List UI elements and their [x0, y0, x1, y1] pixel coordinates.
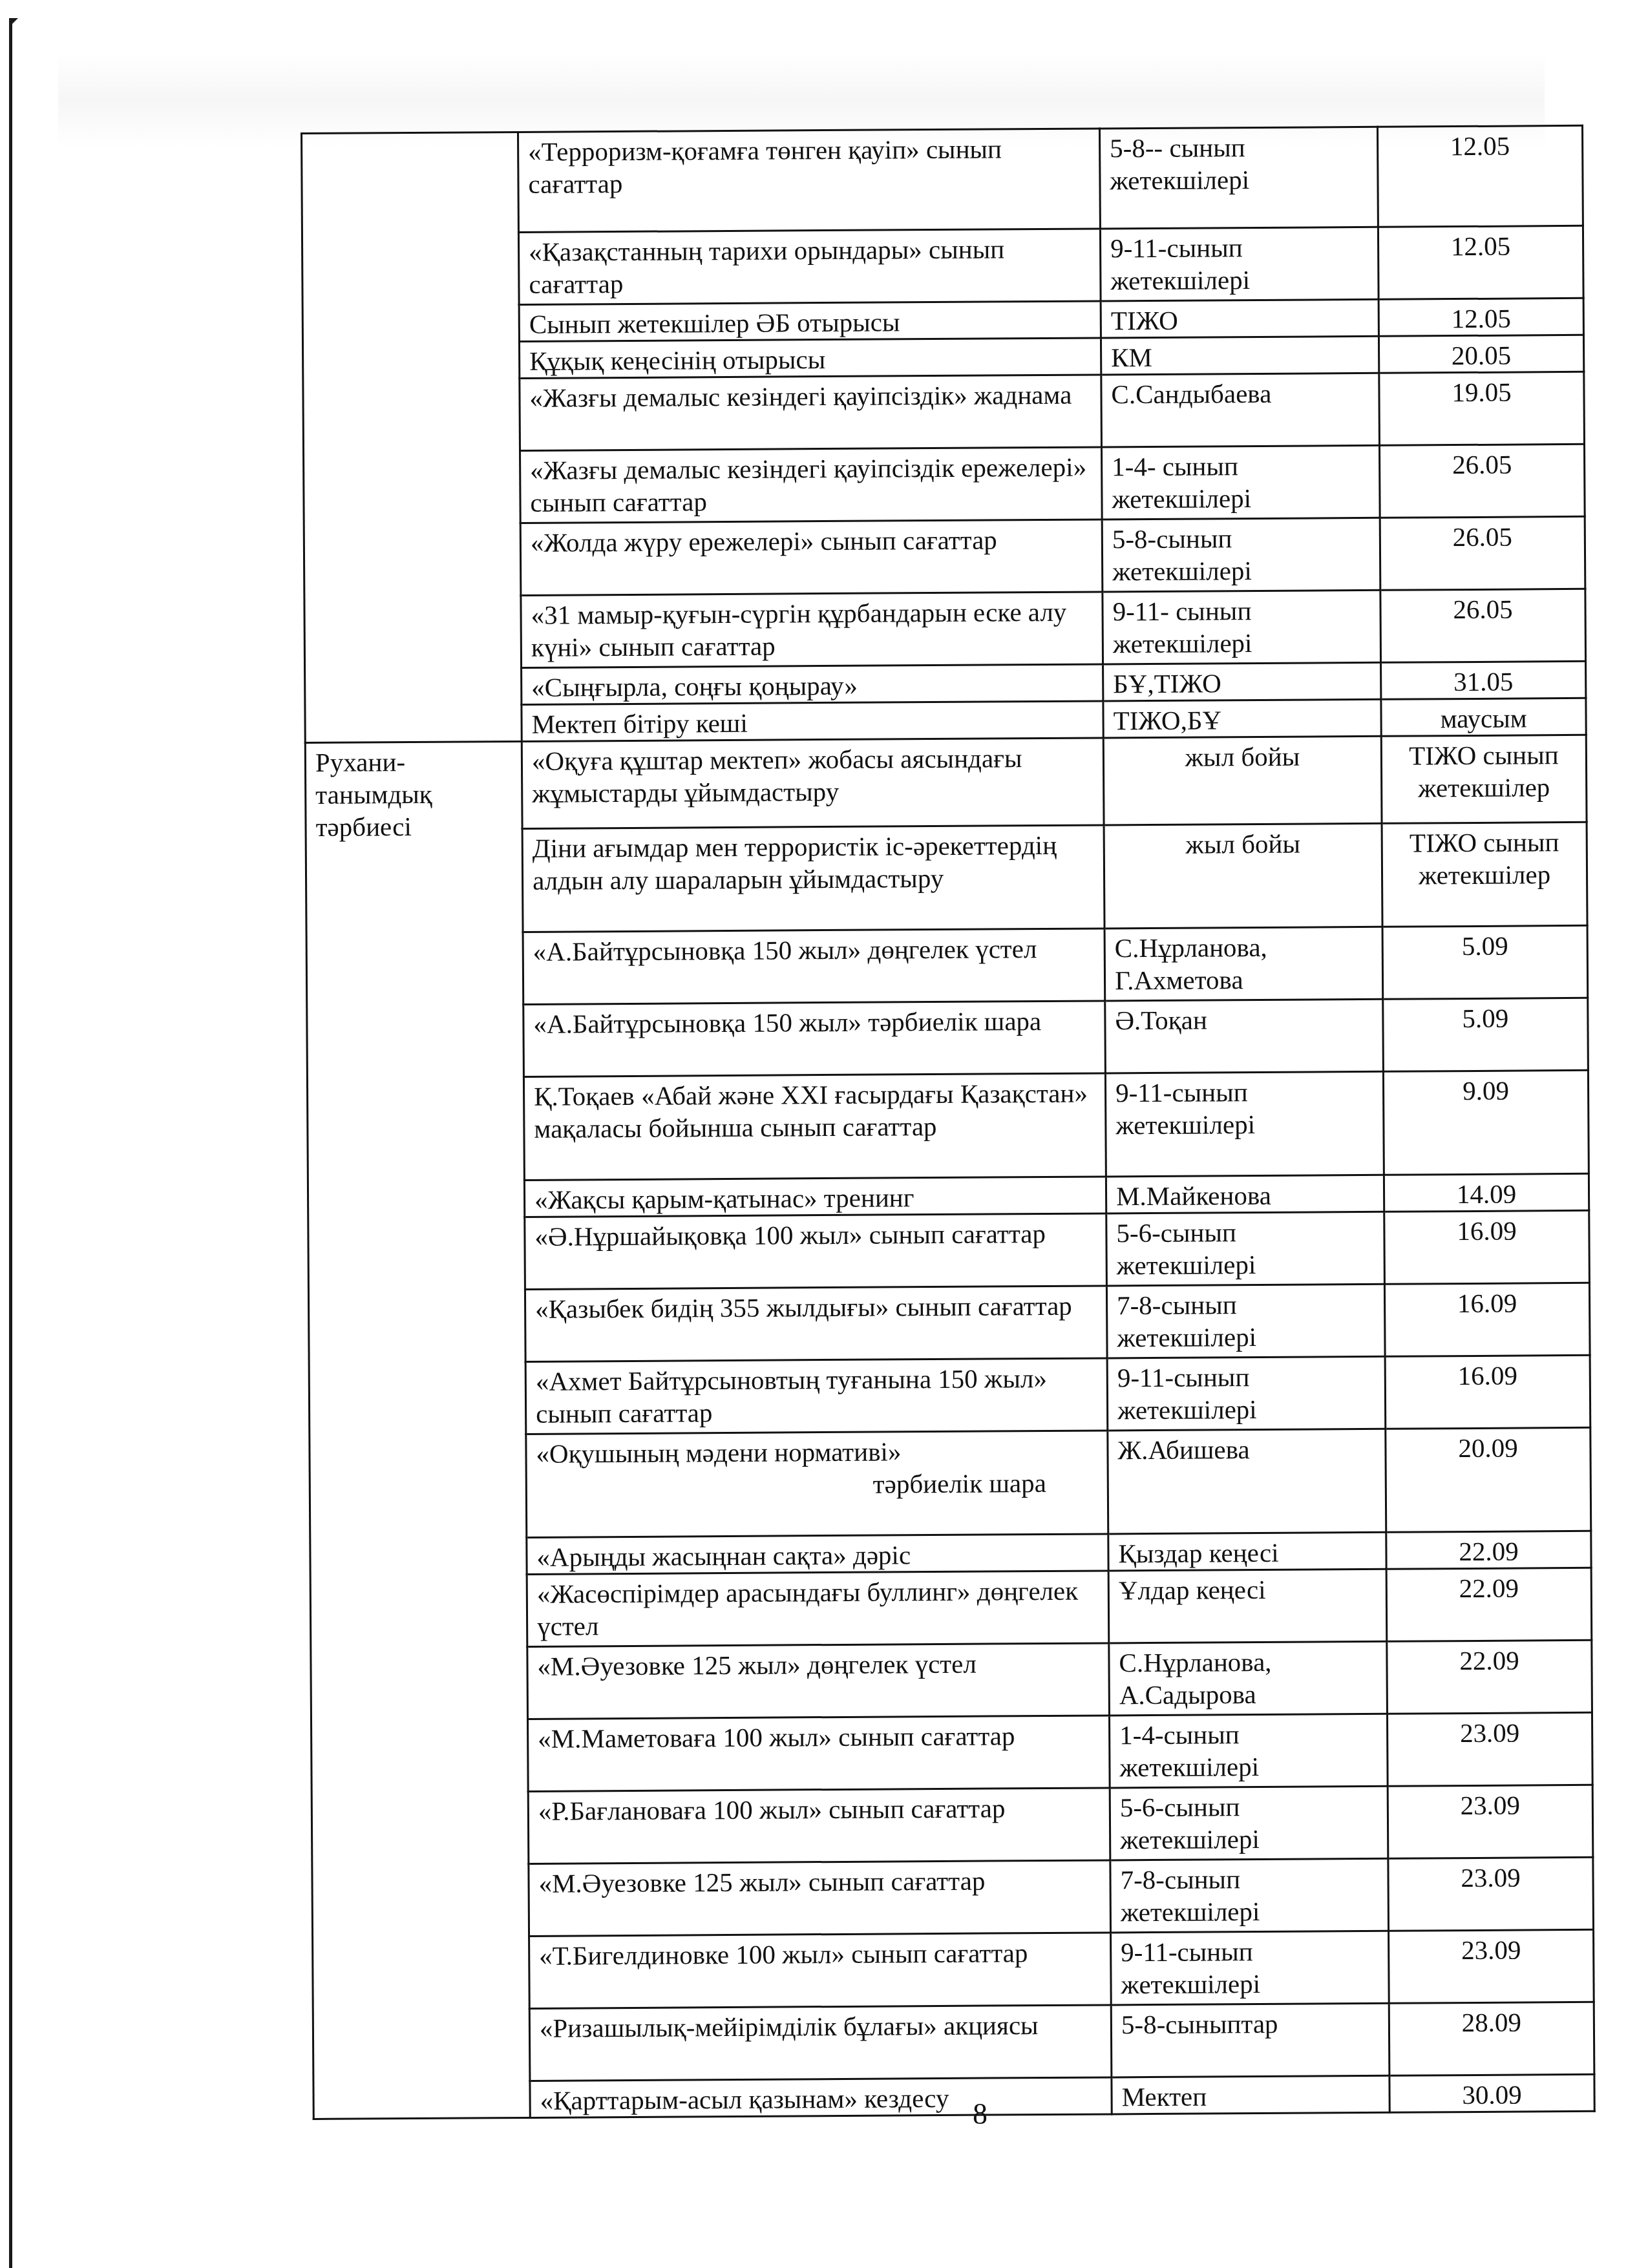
date-cell: 26.05: [1380, 589, 1586, 662]
date-cell: 23.09: [1387, 1712, 1592, 1786]
responsible-cell: М.Майкенова: [1106, 1175, 1384, 1213]
scan-edge-shadow: [9, 19, 12, 2268]
event-cell: «Арыңды жасыңнан сақта» дәріс: [527, 1534, 1108, 1574]
event-text: «Қарттарым-асыл қазынам» кездесу: [540, 2083, 949, 2116]
event-text: «Терроризм-қоғамға төнген қауіп» сынып с…: [528, 134, 1002, 198]
date-cell: 5.09: [1383, 998, 1589, 1071]
responsible-cell: ТІЖО,БҰ: [1103, 699, 1381, 738]
date-cell: 26.05: [1380, 516, 1585, 590]
date-cell: 20.05: [1379, 335, 1583, 373]
date-cell: 14.09: [1384, 1173, 1589, 1212]
event-text: Құқық кеңесінің отырысы: [529, 344, 825, 376]
event-text: Қ.Тоқаев «Абай және XXI ғасырдағы Қазақс…: [534, 1078, 1088, 1144]
date-cell: 5.09: [1382, 925, 1588, 999]
date-cell: 23.09: [1389, 1929, 1594, 2003]
responsible-cell: 5-6-сынып жетекшілері: [1106, 1212, 1385, 1286]
responsible-cell: 7-8-сынып жетекшілері: [1110, 1858, 1389, 1933]
event-cell: «Терроризм-қоғамға төнген қауіп» сынып с…: [518, 129, 1101, 232]
responsible-cell: 1-4- сынып жетекшілері: [1101, 445, 1380, 520]
event-cell: «М.Әуезовке 125 жыл» сынып сағаттар: [529, 1860, 1111, 1936]
event-text: Мектеп бітіру кеші: [531, 708, 747, 739]
responsible-cell: КМ: [1101, 336, 1379, 375]
event-text-tail: тәрбиелік шара: [536, 1467, 1098, 1502]
responsible-cell: 1-4-сынып жетекшілері: [1109, 1714, 1388, 1788]
responsible-cell: БҰ,ТІЖО: [1103, 662, 1381, 701]
responsible-cell: жыл бойы: [1104, 823, 1382, 929]
date-cell: 23.09: [1388, 1857, 1594, 1931]
date-cell: 16.09: [1384, 1210, 1590, 1284]
event-cell: «Жазғы демалыс кезіндегі қауіпсіздік ере…: [520, 447, 1103, 523]
responsible-cell: Ұлдар кеңесі: [1108, 1569, 1387, 1643]
event-text: «Сыңғырла, соңғы қоңырау»: [531, 671, 858, 702]
date-cell: 12.05: [1378, 226, 1583, 299]
category-cell: Рухани-танымдық тәрбиесі: [305, 741, 530, 2119]
responsible-cell: 9-11- сынып жетекшілері: [1103, 590, 1381, 664]
event-cell: «Т.Бигелдиновке 100 жыл» сынып сағаттар: [529, 1933, 1112, 2008]
date-cell: 22.09: [1387, 1640, 1592, 1714]
responsible-cell: Ә.Тоқан: [1105, 999, 1384, 1073]
responsible-cell: 7-8-сынып жетекшілері: [1106, 1284, 1385, 1358]
event-text: «Ә.Нұршайықовқа 100 жыл» сынып сағаттар: [534, 1219, 1046, 1252]
event-cell: «Қарттарым-асыл қазынам» кездесу: [530, 2077, 1112, 2117]
event-cell: «Ризашылық-мейірімділік бұлағы» акциясы: [529, 2005, 1112, 2081]
event-text: «Ризашылық-мейірімділік бұлағы» акциясы: [540, 2010, 1039, 2043]
event-cell: «Сыңғырла, соңғы қоңырау»: [522, 664, 1103, 704]
date-cell: 20.09: [1386, 1427, 1591, 1532]
responsible-cell: С.Нұрланова, Г.Ахметова: [1104, 927, 1383, 1001]
event-cell: «М.Маметоваға 100 жыл» сынып сағаттар: [528, 1716, 1110, 1791]
date-cell: ТІЖО сынып жетекшілер: [1381, 735, 1587, 823]
event-text: «М.Әуезовке 125 жыл» дөңгелек үстел: [537, 1649, 977, 1681]
date-cell: 9.09: [1383, 1070, 1589, 1175]
event-cell: «Жақсы қарым-қатынас» тренинг: [524, 1177, 1106, 1217]
event-cell: «Оқуға құштар мектеп» жобасы аясындағы ж…: [522, 738, 1104, 828]
event-text: «Р.Бағлановаға 100 жыл» сынып сағаттар: [538, 1793, 1006, 1825]
event-cell: «М.Әуезовке 125 жыл» дөңгелек үстел: [527, 1643, 1110, 1719]
event-cell: «А.Байтұрсыновқа 150 жыл» тәрбиелік шара: [523, 1001, 1106, 1076]
event-text: «Қазақстанның тарихи орындары» сынып сағ…: [529, 234, 1004, 299]
plan-table-container: «Терроризм-қоғамға төнген қауіп» сынып с…: [301, 125, 1594, 2120]
date-cell: 22.09: [1386, 1568, 1592, 1641]
event-text: «М.Маметоваға 100 жыл» сынып сағаттар: [538, 1721, 1015, 1754]
date-cell: 19.05: [1379, 372, 1585, 445]
event-cell: Құқық кеңесінің отырысы: [519, 338, 1101, 378]
event-cell: «Оқушының мәдени нормативі»тәрбиелік шар…: [526, 1431, 1108, 1537]
responsible-cell: 9-11-сынып жетекшілері: [1105, 1071, 1384, 1177]
responsible-cell: Мектеп: [1112, 2075, 1389, 2114]
event-cell: «Жазғы демалыс кезіндегі қауіпсіздік» жа…: [520, 375, 1102, 450]
date-cell: 23.09: [1388, 1785, 1593, 1858]
date-cell: ТІЖО сынып жетекшілер: [1382, 822, 1587, 927]
event-cell: «Қазақстанның тарихи орындары» сынып сағ…: [518, 229, 1101, 304]
responsible-cell: 5-6-сынып жетекшілері: [1110, 1786, 1388, 1860]
event-text: «А.Байтұрсыновқа 150 жыл» дөңгелек үстел: [533, 934, 1037, 967]
event-cell: Діни ағымдар мен террористік іс-әрекетте…: [522, 825, 1104, 932]
date-cell: 31.05: [1381, 661, 1586, 699]
event-plan-table: «Терроризм-қоғамға төнген қауіп» сынып с…: [301, 125, 1596, 2120]
date-cell: 12.05: [1377, 125, 1583, 227]
event-text: «Т.Бигелдиновке 100 жыл» сынып сағаттар: [539, 1938, 1028, 1971]
responsible-cell: Қыздар кеңесі: [1108, 1532, 1386, 1571]
date-cell: 30.09: [1389, 2074, 1594, 2112]
event-text: «Қазыбек бидің 355 жылдығы» сынып сағатт…: [535, 1291, 1072, 1324]
event-text: «Ахмет Байтұрсыновтың туғанына 150 жыл» …: [536, 1363, 1047, 1429]
event-text: Сынып жетекшілер ӘБ отырысы: [529, 307, 900, 339]
event-text: «Оқушының мәдени нормативі»: [536, 1436, 901, 1468]
responsible-cell: С.Нұрланова, А.Садырова: [1109, 1641, 1388, 1716]
event-cell: «Жасөспірімдер арасындағы буллинг» дөңге…: [527, 1571, 1109, 1646]
date-cell: 16.09: [1385, 1355, 1590, 1429]
responsible-cell: 5-8-сынып жетекшілері: [1102, 518, 1380, 592]
responsible-cell: С.Сандыбаева: [1101, 373, 1380, 447]
responsible-cell: 9-11-сынып жетекшілері: [1111, 1931, 1389, 2005]
event-text: «31 мамыр-қуғын-сүргін құрбандарын еске …: [531, 597, 1066, 662]
responsible-cell: 5-8-- сынып жетекшілері: [1099, 127, 1378, 229]
date-cell: 22.09: [1386, 1531, 1591, 1569]
event-text: «Жасөспірімдер арасындағы буллинг» дөңге…: [537, 1576, 1079, 1641]
event-cell: «Р.Бағлановаға 100 жыл» сынып сағаттар: [528, 1788, 1110, 1864]
event-text: «Жазғы демалыс кезіндегі қауіпсіздік» жа…: [529, 380, 1072, 413]
page-number: 8: [973, 2097, 988, 2131]
event-cell: «Жолда жүру ережелері» сынып сағаттар: [520, 520, 1103, 595]
date-cell: 26.05: [1379, 444, 1585, 518]
responsible-cell: 9-11-сынып жетекшілері: [1100, 227, 1379, 301]
event-cell: Қ.Тоқаев «Абай және XXI ғасырдағы Қазақс…: [523, 1073, 1106, 1180]
date-cell: 12.05: [1379, 298, 1583, 336]
responsible-cell: 5-8-сыныптар: [1111, 2003, 1389, 2077]
date-cell: 16.09: [1384, 1283, 1590, 1356]
date-cell: маусым: [1381, 698, 1586, 736]
event-text: Діни ағымдар мен террористік іс-әрекетте…: [533, 830, 1057, 896]
category-cell: [302, 132, 522, 742]
event-cell: «Ахмет Байтұрсыновтың туғанына 150 жыл» …: [525, 1358, 1108, 1434]
event-text: «Жолда жүру ережелері» сынып сағаттар: [531, 525, 997, 557]
event-text: «М.Әуезовке 125 жыл» сынып сағаттар: [538, 1866, 985, 1898]
event-text: «Арыңды жасыңнан сақта» дәріс: [536, 1540, 911, 1572]
event-cell: Мектеп бітіру кеші: [522, 701, 1103, 741]
event-cell: «Қазыбек бидің 355 жылдығы» сынып сағатт…: [525, 1286, 1107, 1361]
table-row: «Терроризм-қоғамға төнген қауіп» сынып с…: [302, 125, 1583, 233]
event-cell: «А.Байтұрсыновқа 150 жыл» дөңгелек үстел: [523, 929, 1105, 1004]
event-text: «А.Байтұрсыновқа 150 жыл» тәрбиелік шара: [533, 1006, 1041, 1039]
responsible-cell: жыл бойы: [1103, 736, 1382, 825]
event-text: «Жазғы демалыс кезіндегі қауіпсіздік ере…: [530, 452, 1086, 518]
responsible-cell: Ж.Абишева: [1108, 1429, 1386, 1534]
date-cell: 28.09: [1389, 2002, 1594, 2075]
event-text: «Жақсы қарым-қатынас» тренинг: [534, 1182, 914, 1215]
table-row: Рухани-танымдық тәрбиесі«Оқуға құштар ме…: [305, 735, 1587, 830]
responsible-cell: ТІЖО: [1101, 299, 1379, 338]
event-cell: «31 мамыр-қуғын-сүргін құрбандарын еске …: [521, 592, 1103, 667]
event-text: «Оқуға құштар мектеп» жобасы аясындағы ж…: [532, 743, 1022, 808]
responsible-cell: 9-11-сынып жетекшілері: [1107, 1356, 1386, 1431]
event-cell: Сынып жетекшілер ӘБ отырысы: [519, 301, 1101, 341]
event-cell: «Ә.Нұршайықовқа 100 жыл» сынып сағаттар: [525, 1213, 1107, 1289]
